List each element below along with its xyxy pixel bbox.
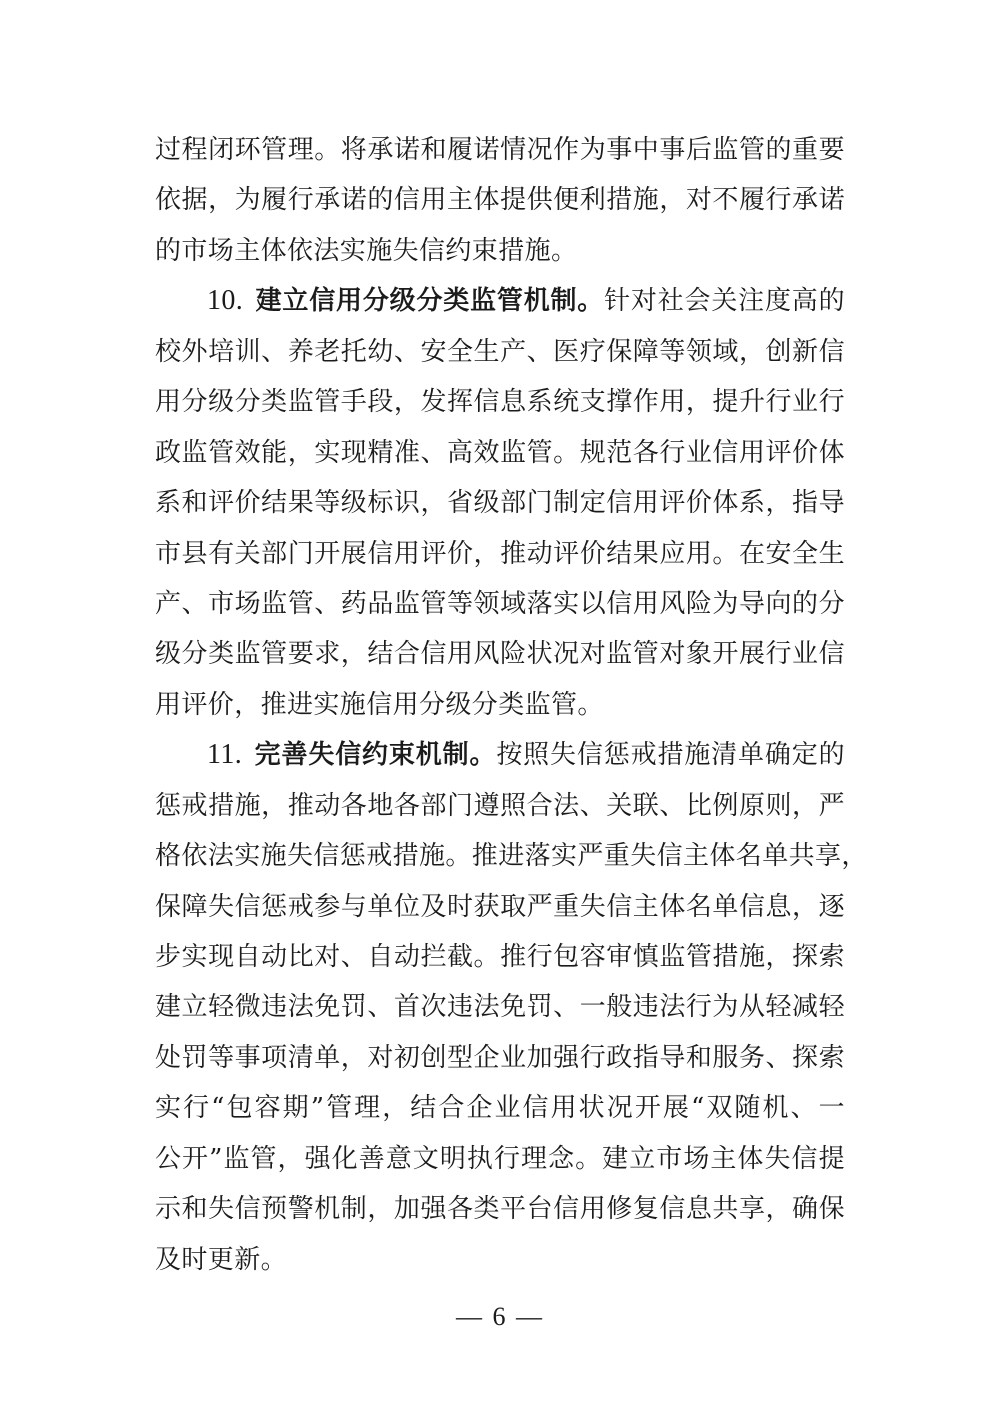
- item-first-line: 11.完善失信约束机制。按照失信惩戒措施清单确定的: [155, 730, 845, 780]
- item-first-line-text: 按照失信惩戒措施清单确定的: [496, 740, 845, 770]
- text-line: 保障失信惩戒参与单位及时获取严重失信主体名单信息，逐: [155, 882, 845, 932]
- item-first-line: 10.建立信用分级分类监管机制。针对社会关注度高的: [155, 276, 845, 326]
- body-text: 过程闭环管理。将承诺和履诺情况作为事中事后监管的重要 依据，为履行承诺的信用主体…: [155, 125, 845, 1285]
- text-line: 示和失信预警机制，加强各类平台信用修复信息共享，确保: [155, 1184, 845, 1234]
- item-heading: 完善失信约束机制。: [254, 740, 496, 770]
- text-line: 用评价，推进实施信用分级分类监管。: [155, 680, 845, 730]
- item-number: 10.: [207, 285, 243, 316]
- text-line: 系和评价结果等级标识，省级部门制定信用评价体系，指导: [155, 478, 845, 528]
- text-line: 校外培训、养老托幼、安全生产、医疗保障等领域，创新信: [155, 327, 845, 377]
- text-line: 的市场主体依法实施失信约束措施。: [155, 226, 845, 276]
- text-line: 惩戒措施，推动各地各部门遵照合法、关联、比例原则，严: [155, 781, 845, 831]
- text-line: 及时更新。: [155, 1235, 845, 1285]
- text-line: 实行“包容期”管理，结合企业信用状况开展“双随机、一: [155, 1083, 845, 1133]
- text-line: 公开”监管，强化善意文明执行理念。建立市场主体失信提: [155, 1134, 845, 1184]
- page-number: — 6 —: [0, 1300, 1000, 1334]
- text-line: 用分级分类监管手段，发挥信息系统支撑作用，提升行业行: [155, 377, 845, 427]
- paragraph-item-10: 10.建立信用分级分类监管机制。针对社会关注度高的 校外培训、养老托幼、安全生产…: [155, 276, 845, 730]
- text-line: 依据，为履行承诺的信用主体提供便利措施，对不履行承诺: [155, 175, 845, 225]
- text-line: 步实现自动比对、自动拦截。推行包容审慎监管措施，探索: [155, 932, 845, 982]
- item-heading: 建立信用分级分类监管机制。: [255, 286, 604, 316]
- text-line: 建立轻微违法免罚、首次违法免罚、一般违法行为从轻减轻: [155, 982, 845, 1032]
- paragraph-item-11: 11.完善失信约束机制。按照失信惩戒措施清单确定的 惩戒措施，推动各地各部门遵照…: [155, 730, 845, 1285]
- item-first-line-text: 针对社会关注度高的: [604, 286, 845, 316]
- text-line: 过程闭环管理。将承诺和履诺情况作为事中事后监管的重要: [155, 125, 845, 175]
- item-number: 11.: [207, 739, 242, 770]
- text-line: 级分类监管要求，结合信用风险状况对监管对象开展行业信: [155, 629, 845, 679]
- text-line: 处罚等事项清单，对初创型企业加强行政指导和服务、探索: [155, 1033, 845, 1083]
- document-page: 过程闭环管理。将承诺和履诺情况作为事中事后监管的重要 依据，为履行承诺的信用主体…: [0, 0, 1000, 1414]
- paragraph-continuation: 过程闭环管理。将承诺和履诺情况作为事中事后监管的重要 依据，为履行承诺的信用主体…: [155, 125, 845, 276]
- text-line: 格依法实施失信惩戒措施。推进落实严重失信主体名单共享，: [155, 831, 845, 881]
- text-line: 产、市场监管、药品监管等领域落实以信用风险为导向的分: [155, 579, 845, 629]
- text-line: 市县有关部门开展信用评价，推动评价结果应用。在安全生: [155, 529, 845, 579]
- text-line: 政监管效能，实现精准、高效监管。规范各行业信用评价体: [155, 428, 845, 478]
